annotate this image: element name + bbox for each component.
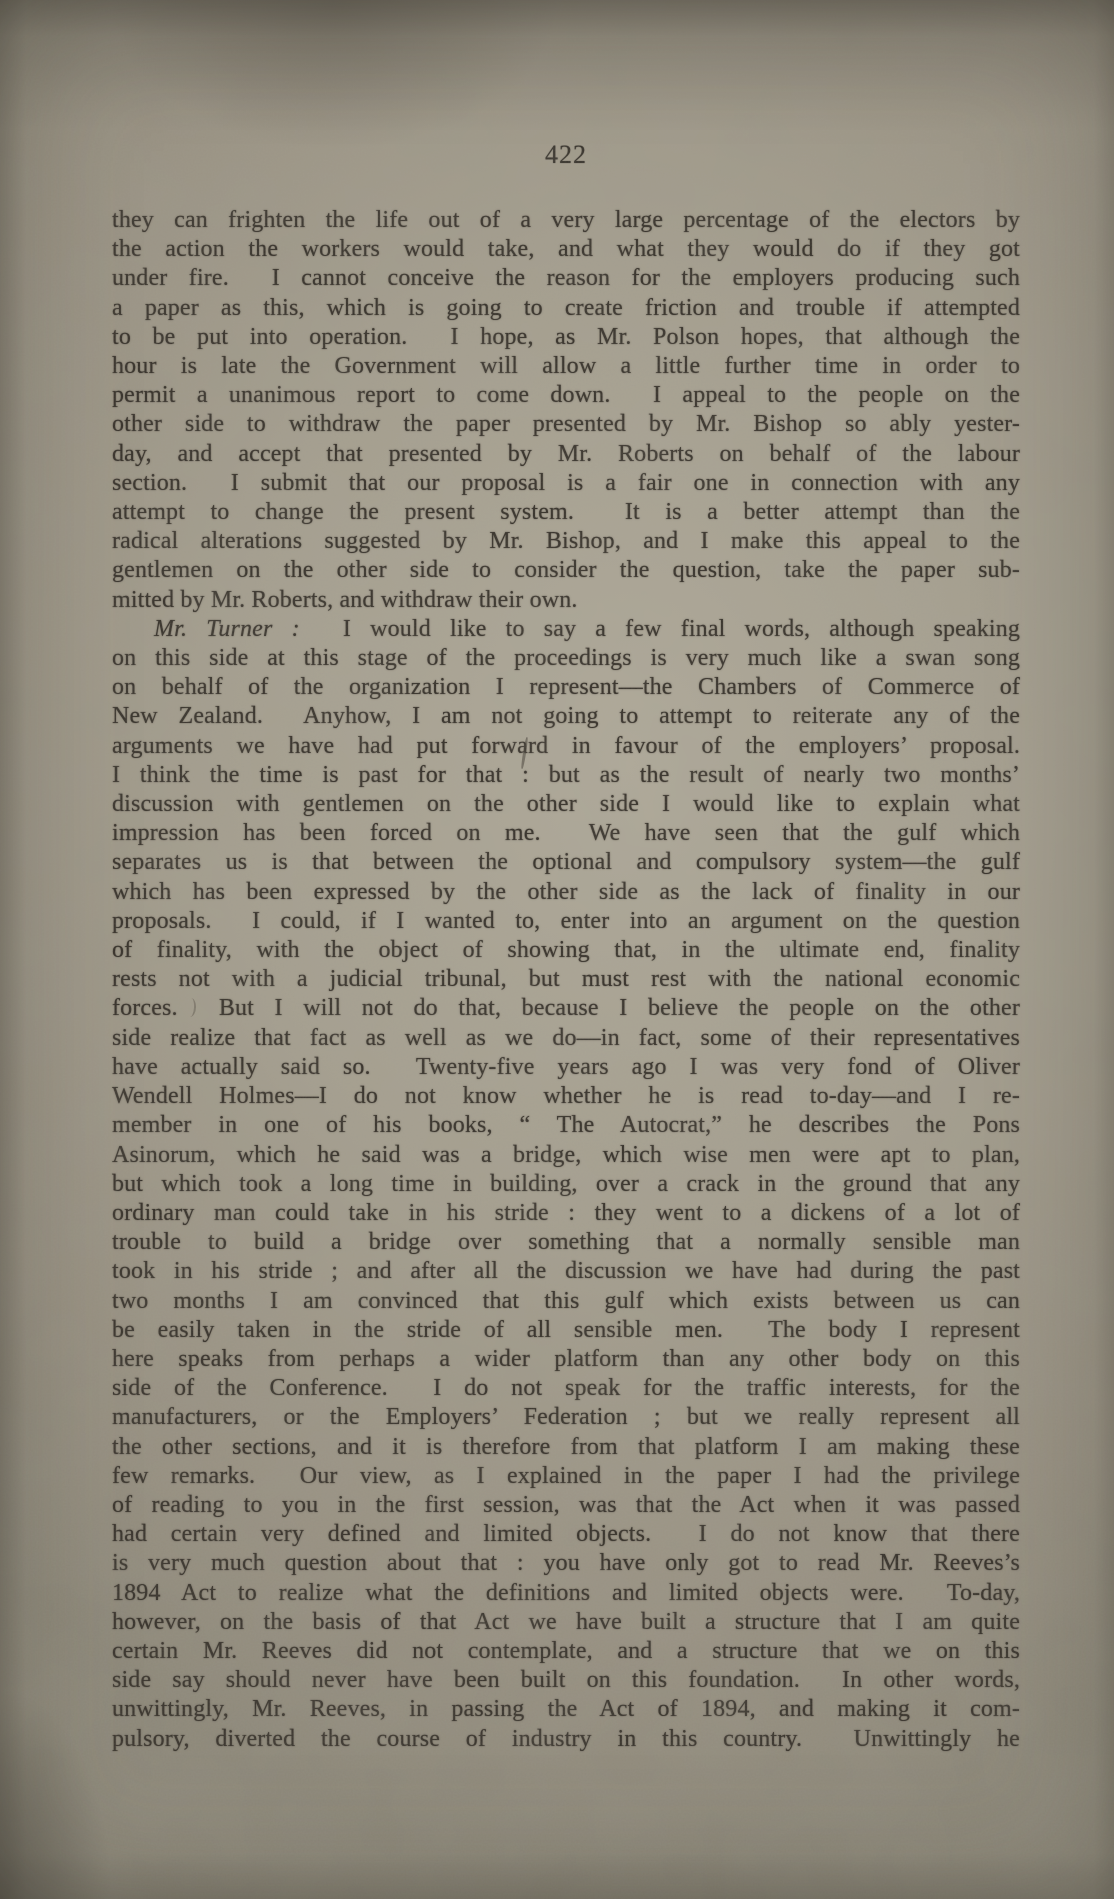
text-line: on behalf of the organization I represen… (112, 673, 1020, 702)
text-line: two months I am convinced that this gulf… (112, 1287, 1020, 1316)
text-line: under fire. I cannot conceive the reason… (112, 264, 1020, 293)
text-line: other side to withdraw the paper present… (112, 410, 1020, 439)
speaker-name: Mr. Turner : (154, 616, 305, 642)
text-line: day, and accept that presented by Mr. Ro… (112, 440, 1020, 469)
text-line: I think the time is past for that : but … (112, 761, 1020, 790)
text-line: had certain very defined and limited obj… (112, 1520, 1020, 1549)
scanned-book-page: { "page": { "number": "422" }, "colors":… (0, 0, 1114, 1899)
page-text: they can frighten the life out of a very… (112, 206, 1020, 1754)
text-line: of reading to you in the first session, … (112, 1491, 1020, 1520)
text-line: have actually said so. Twenty-five years… (112, 1053, 1020, 1082)
text-line: rests not with a judicial tribunal, but … (112, 965, 1020, 994)
text-line: which has been expressed by the other si… (112, 878, 1020, 907)
text-line: a paper as this, which is going to creat… (112, 294, 1020, 323)
text-line: ordinary man could take in his stride : … (112, 1199, 1020, 1228)
text-line: on this side at this stage of the procee… (112, 644, 1020, 673)
text-line: proposals. I could, if I wanted to, ente… (112, 907, 1020, 936)
text-line: impression has been forced on me. We hav… (112, 819, 1020, 848)
text-line: side of the Conference. I do not speak f… (112, 1374, 1020, 1403)
text-line: pulsory, diverted the course of industry… (112, 1725, 1020, 1754)
text-line: manufacturers, or the Employers’ Federat… (112, 1403, 1020, 1432)
text-line: radical alterations suggested by Mr. Bis… (112, 527, 1020, 556)
text-line: gentlemen on the other side to consider … (112, 556, 1020, 585)
text-line: the action the workers would take, and w… (112, 235, 1020, 264)
text-line: mitted by Mr. Roberts, and withdraw thei… (112, 586, 1020, 615)
text-line: the other sections, and it is therefore … (112, 1433, 1020, 1462)
text-line: to be put into operation. I hope, as Mr.… (112, 323, 1020, 352)
text-line: Mr. Turner : I would like to say a few f… (112, 615, 1020, 644)
text-line: however, on the basis of that Act we hav… (112, 1608, 1020, 1637)
text-line: hour is late the Government will allow a… (112, 352, 1020, 381)
text-line: forces. But I will not do that, because … (112, 994, 1020, 1023)
text-line: is very much question about that : you h… (112, 1549, 1020, 1578)
text-line: separates us is that between the optiona… (112, 848, 1020, 877)
text-line: 1894 Act to realize what the definitions… (112, 1579, 1020, 1608)
text-line: took in his stride ; and after all the d… (112, 1257, 1020, 1286)
text-line: section. I submit that our proposal is a… (112, 469, 1020, 498)
text-line: here speaks from perhaps a wider platfor… (112, 1345, 1020, 1374)
text-line: Asinorum, which he said was a bridge, wh… (112, 1141, 1020, 1170)
text-line: they can frighten the life out of a very… (112, 206, 1020, 235)
text-line: attempt to change the present system. It… (112, 498, 1020, 527)
text-line: permit a unanimous report to come down. … (112, 381, 1020, 410)
text-line: Wendell Holmes—I do not know whether he … (112, 1082, 1020, 1111)
text-line: side say should never have been built on… (112, 1666, 1020, 1695)
text-line: member in one of his books, “ The Autocr… (112, 1111, 1020, 1140)
text-line: of finality, with the object of showing … (112, 936, 1020, 965)
text-line: side realize that fact as well as we do—… (112, 1024, 1020, 1053)
text-line: New Zealand. Anyhow, I am not going to a… (112, 702, 1020, 731)
text-line: but which took a long time in building, … (112, 1170, 1020, 1199)
text-line: be easily taken in the stride of all sen… (112, 1316, 1020, 1345)
text-line: unwittingly, Mr. Reeves, in passing the … (112, 1695, 1020, 1724)
text-line: trouble to build a bridge over something… (112, 1228, 1020, 1257)
text-line: certain Mr. Reeves did not contemplate, … (112, 1637, 1020, 1666)
text-line: discussion with gentlemen on the other s… (112, 790, 1020, 819)
text-line: arguments we have had put forward in fav… (112, 732, 1020, 761)
text-line: few remarks. Our view, as I explained in… (112, 1462, 1020, 1491)
page-number: 422 (112, 141, 1020, 169)
